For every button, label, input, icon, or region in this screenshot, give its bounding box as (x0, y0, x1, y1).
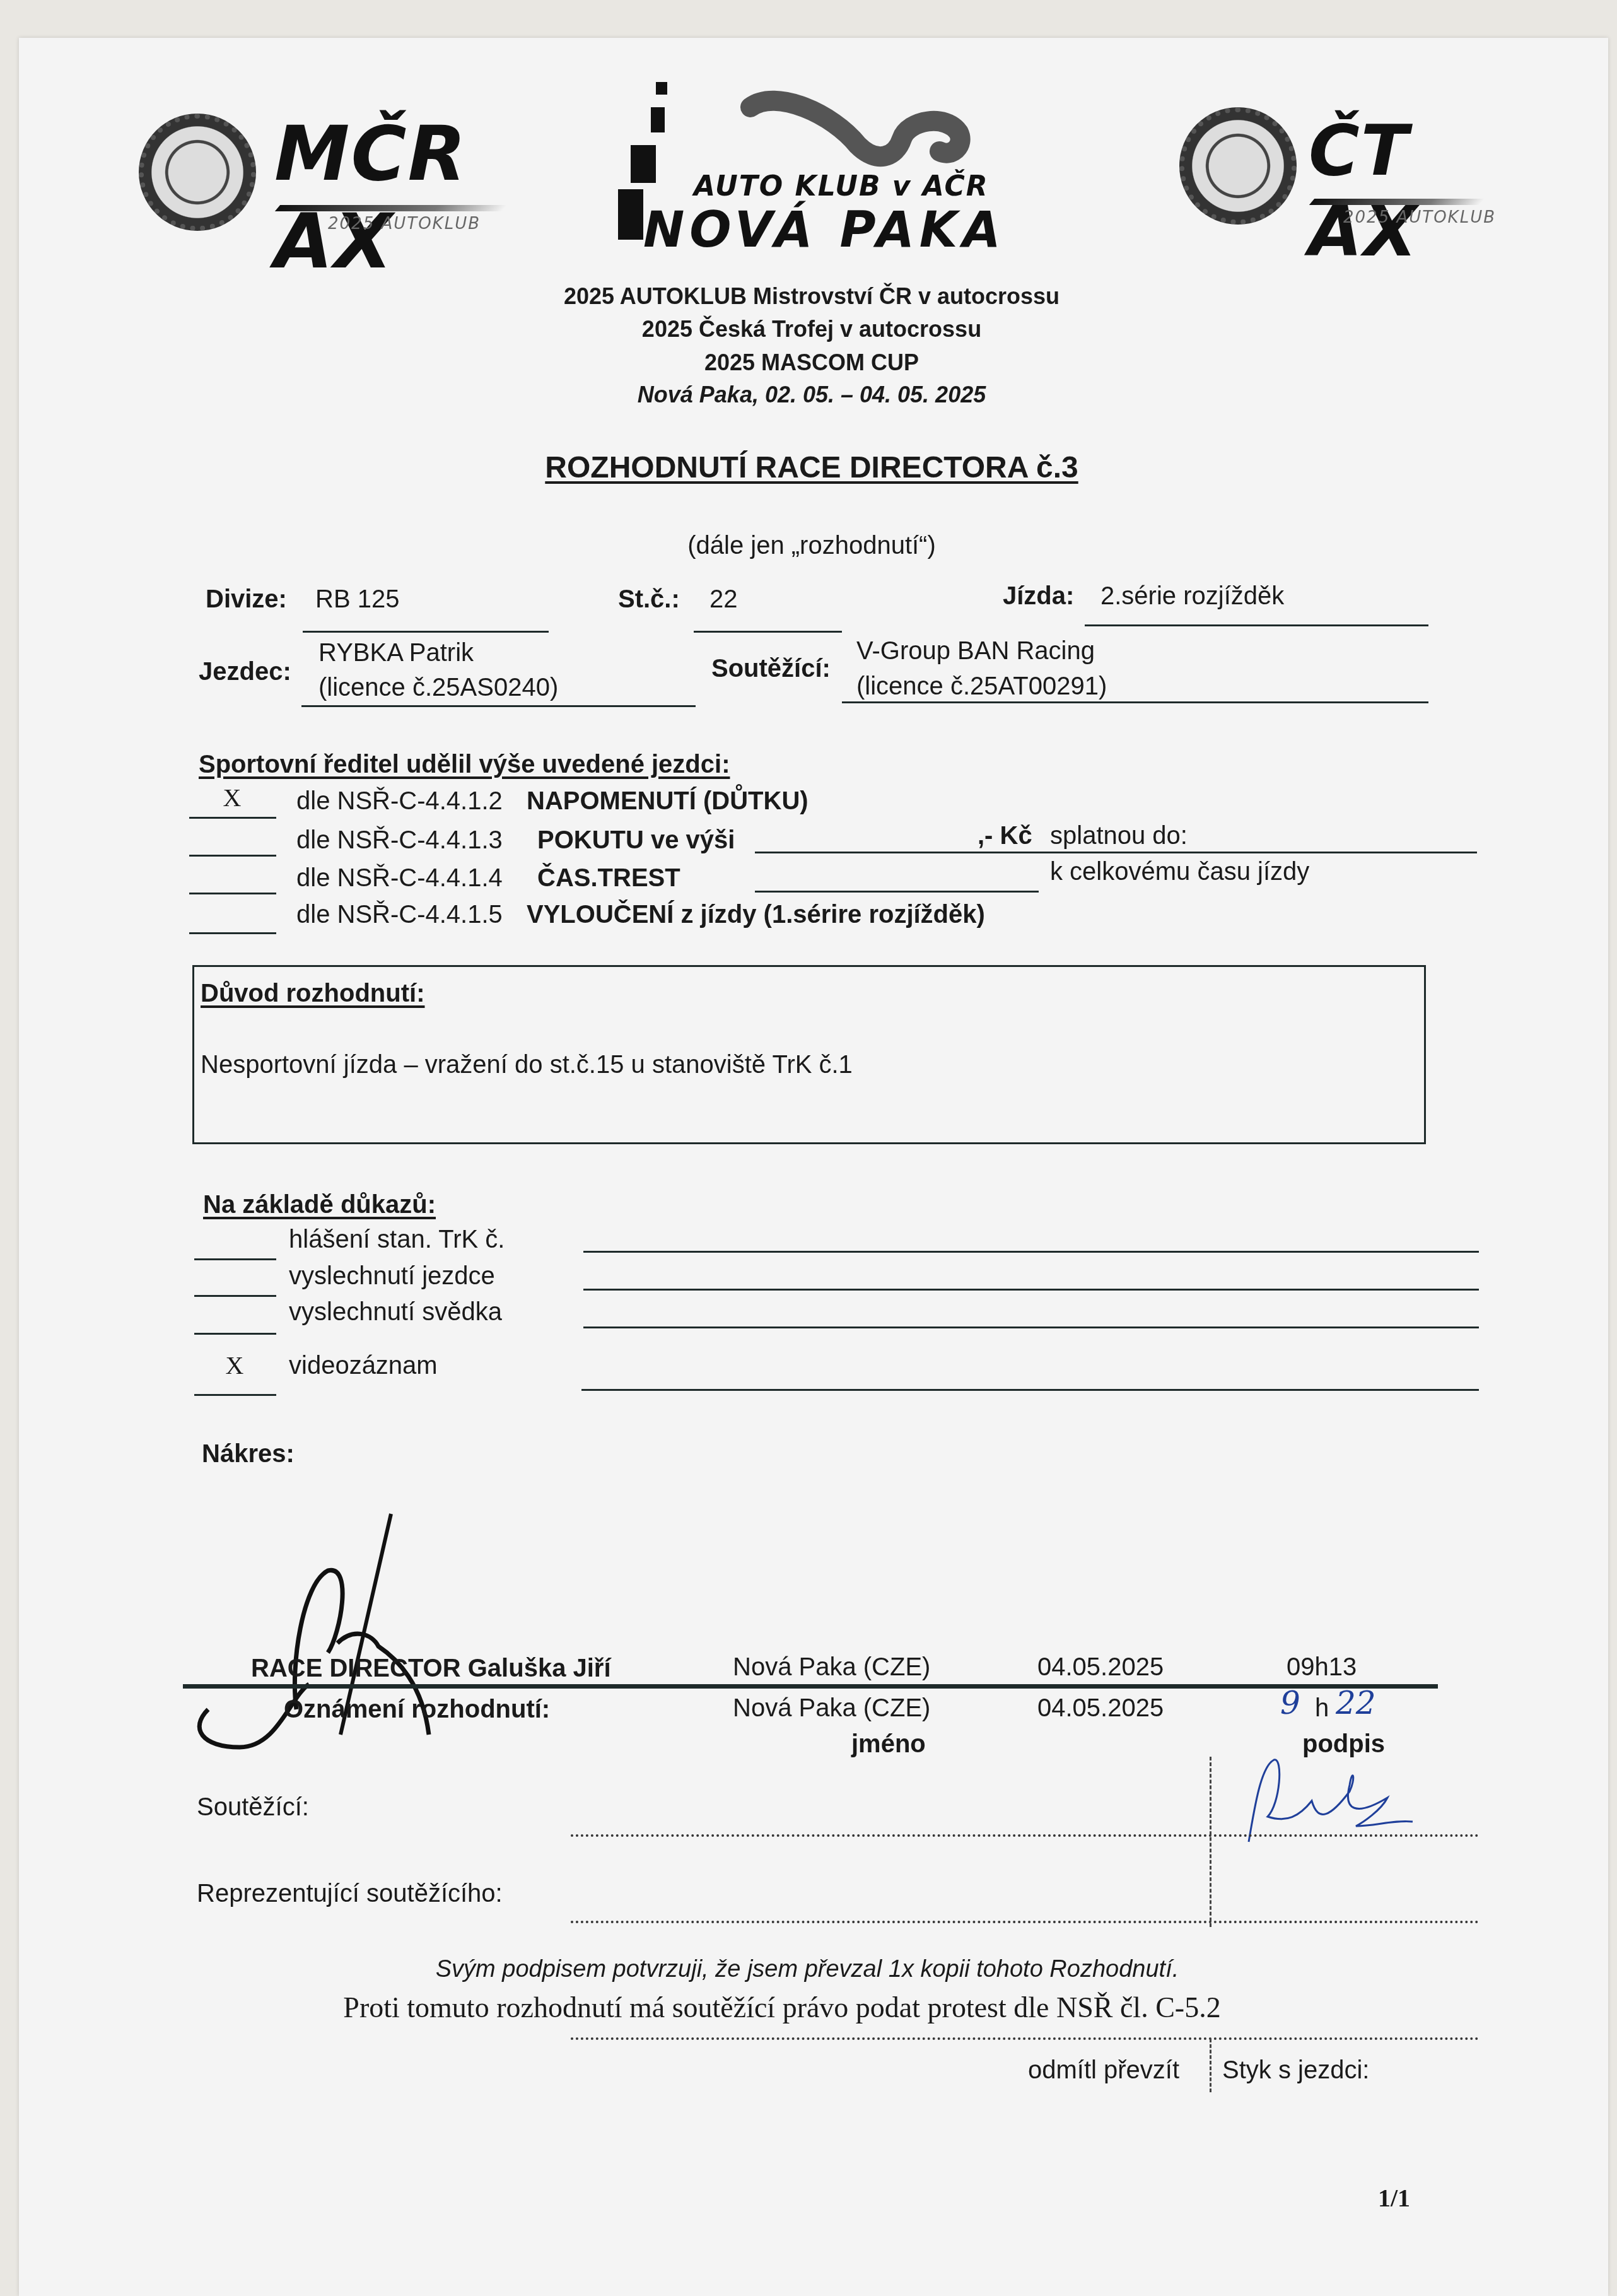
speed-lines-icon (275, 205, 507, 211)
jezdec-label: Jezdec: (199, 659, 291, 684)
event-line-3: 2025 MASCOM CUP (704, 351, 919, 374)
announce-time-minutes[interactable]: 22 (1336, 1687, 1376, 1719)
evidence-heading: Na základě důkazů: (203, 1192, 436, 1217)
jizda-underline (1085, 624, 1428, 626)
logo-ct-subtitle: 2025 AUTOKLUB (1343, 208, 1496, 227)
signature-column-divider (1210, 1757, 1211, 1927)
contact-label: Styk s jezdci: (1222, 2058, 1369, 2083)
logo-ct-title: ČT AX (1309, 110, 1501, 272)
soutezici-name[interactable]: V-Group BAN Racing (856, 638, 1095, 664)
director-time: 09h13 (1287, 1655, 1357, 1680)
logo-autoklub-text: AUTO KLUB v AČR (694, 170, 989, 202)
signature-divider (183, 1684, 1438, 1689)
announce-date: 04.05.2025 (1037, 1696, 1164, 1721)
reason-text[interactable]: Nesportovní jízda – vražení do st.č.15 u… (201, 1052, 853, 1077)
evidence-detail-field[interactable] (583, 1251, 1479, 1253)
evidence-checkbox[interactable]: X (226, 1353, 244, 1378)
fine-due-label: splatnou do: (1050, 823, 1188, 848)
penalty-checkbox-line (189, 932, 276, 934)
speed-lines-icon (1309, 199, 1485, 205)
evidence-detail-field[interactable] (583, 1289, 1479, 1291)
refusal-line (571, 2037, 1479, 2040)
evidence-detail-field[interactable] (583, 1327, 1479, 1328)
logo-novapaka-text: NOVÁ PAKA (643, 202, 1006, 259)
penalty-checkbox[interactable]: X (223, 785, 242, 811)
penalty-label: NAPOMENUTÍ (DŮTKU) (527, 788, 808, 814)
jizda-label: Jízda: (1003, 583, 1074, 609)
announce-place: Nová Paka (CZE) (733, 1696, 930, 1721)
penalty-label: VYLOUČENÍ z jízdy (1.sérire rozjížděk) (527, 902, 985, 927)
jezdec-underline (301, 705, 696, 707)
stc-value[interactable]: 22 (709, 587, 738, 612)
penalties-heading: Sportovní ředitel udělil výše uvedené je… (199, 752, 730, 777)
page-subtitle: (dále jen „rozhodnutí“) (687, 533, 936, 558)
penalty-checkbox-line (189, 817, 276, 819)
penalty-checkbox-line (189, 855, 276, 857)
column-name-label: jméno (851, 1731, 926, 1757)
evidence-label: hlášení stan. TrK č. (289, 1227, 505, 1252)
stc-label: St.č.: (618, 587, 680, 612)
soutezici-licence[interactable]: (licence č.25AT00291) (856, 674, 1107, 699)
drawing-label: Nákres: (202, 1441, 295, 1467)
penalty-rule: dle NSŘ-C-4.4.1.3 (296, 828, 503, 853)
logo-novapaka: AUTO KLUB v AČR NOVÁ PAKA (580, 76, 1060, 252)
announce-time-hour[interactable]: 9 (1280, 1687, 1300, 1719)
director-place: Nová Paka (CZE) (733, 1655, 930, 1680)
evidence-checkbox-line (194, 1333, 276, 1335)
competitor-signature-field[interactable] (571, 1834, 1479, 1837)
soutezici-underline (842, 701, 1428, 703)
logo-mcr-ax: MČR AX 2025 AUTOKLUB (126, 95, 517, 240)
page-number: 1/1 (1378, 2186, 1410, 2211)
evidence-checkbox-line (194, 1394, 276, 1396)
stc-underline (694, 631, 842, 633)
announce-label: Oznámení rozhodnutí: (284, 1697, 550, 1722)
penalty-rule: dle NSŘ-C-4.4.1.5 (296, 902, 503, 927)
director-label: RACE DIRECTOR Galuška Jiří (251, 1656, 611, 1681)
penalty-checkbox-line (189, 893, 276, 894)
confirmation-text: Svým podpisem potvrzuji, že jsem převzal… (436, 1957, 1179, 1981)
event-line-1: 2025 AUTOKLUB Mistrovství ČR v autocross… (564, 285, 1060, 308)
director-date: 04.05.2025 (1037, 1655, 1164, 1680)
representative-signature-field[interactable] (571, 1921, 1479, 1923)
page-title: ROZHODNUTÍ RACE DIRECTORA č.3 (545, 453, 1078, 483)
penalty-rule: dle NSŘ-C-4.4.1.4 (296, 865, 503, 891)
evidence-checkbox-line (194, 1295, 276, 1297)
evidence-detail-field[interactable] (581, 1389, 1479, 1391)
penalty-rule: dle NSŘ-C-4.4.1.2 (296, 788, 503, 814)
refused-label: odmítl převzít (1028, 2058, 1179, 2083)
autoklub-seal-icon (139, 114, 256, 231)
divize-label: Divize: (206, 587, 287, 612)
protest-notice: Proti tomuto rozhodnutí má soutěžící prá… (343, 1993, 1220, 2022)
time-penalty-field[interactable] (755, 891, 1039, 893)
footer-divider (1210, 2039, 1211, 2092)
fine-amount-field[interactable] (755, 852, 1477, 853)
jezdec-licence[interactable]: (licence č.25AS0240) (318, 675, 558, 700)
penalty-label: POKUTU ve výši (537, 828, 735, 853)
competitor-signature-icon (1230, 1741, 1419, 1848)
penalty-label: ČAS.TREST (537, 865, 680, 891)
evidence-label: vyslechnutí jezdce (289, 1263, 495, 1289)
logo-ct-ax: ČT AX 2025 AUTOKLUB (1173, 95, 1501, 240)
logo-mcr-title: MČR AX (274, 110, 517, 286)
competitor-label: Soutěžící: (197, 1795, 309, 1820)
divize-underline (303, 631, 549, 633)
evidence-checkbox-line (194, 1258, 276, 1260)
jezdec-name[interactable]: RYBKA Patrik (318, 640, 474, 665)
logo-mcr-subtitle: 2025 AUTOKLUB (328, 214, 481, 233)
divize-value[interactable]: RB 125 (315, 587, 399, 612)
event-line-2: 2025 Česká Trofej v autocrossu (642, 318, 981, 341)
announce-time-h: h (1315, 1696, 1329, 1721)
track-shape-icon (738, 88, 978, 183)
soutezici-label: Soutěžící: (711, 656, 831, 681)
time-penalty-suffix: k celkovému času jízdy (1050, 859, 1309, 884)
evidence-label: videozáznam (289, 1353, 438, 1378)
reason-heading: Důvod rozhodnutí: (201, 981, 424, 1006)
fine-currency: ,- Kč (978, 823, 1032, 848)
event-place-date: Nová Paka, 02. 05. – 04. 05. 2025 (638, 384, 986, 406)
representative-label: Reprezentující soutěžícího: (197, 1881, 503, 1906)
evidence-label: vyslechnutí svědka (289, 1299, 502, 1325)
autoklub-seal-icon (1179, 107, 1297, 225)
jizda-value[interactable]: 2.série rozjížděk (1100, 583, 1284, 609)
